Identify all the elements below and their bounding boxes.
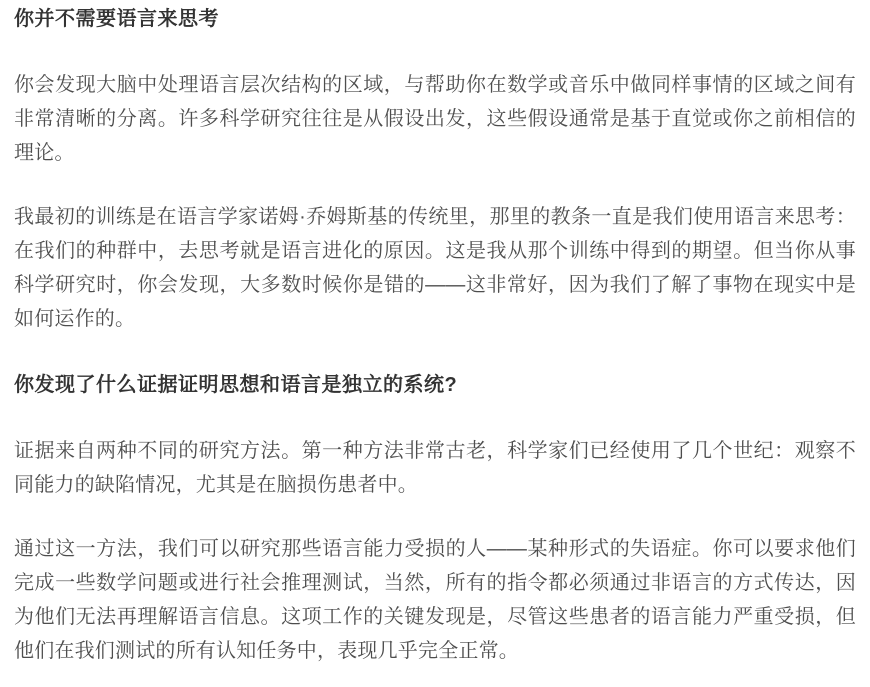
paragraph-two-research-methods: 证据来自两种不同的研究方法。第一种方法非常古老，科学家们已经使用了几个世纪：观察…: [14, 434, 856, 502]
article-body: 你并不需要语言来思考 你会发现大脑中处理语言层次结构的区域，与帮助你在数学或音乐…: [0, 0, 870, 687]
paragraph-chomsky-training: 我最初的训练是在语言学家诺姆·乔姆斯基的传统里，那里的教条一直是我们使用语言来思…: [14, 200, 856, 336]
paragraph-aphasia-patients: 通过这一方法，我们可以研究那些语言能力受损的人——某种形式的失语症。你可以要求他…: [14, 532, 856, 668]
paragraph-brain-regions: 你会发现大脑中处理语言层次结构的区域，与帮助你在数学或音乐中做同样事情的区域之间…: [14, 68, 856, 170]
article-heading-evidence-question: 你发现了什么证据证明思想和语言是独立的系统?: [14, 372, 856, 398]
article-heading-no-language-needed: 你并不需要语言来思考: [14, 6, 856, 32]
